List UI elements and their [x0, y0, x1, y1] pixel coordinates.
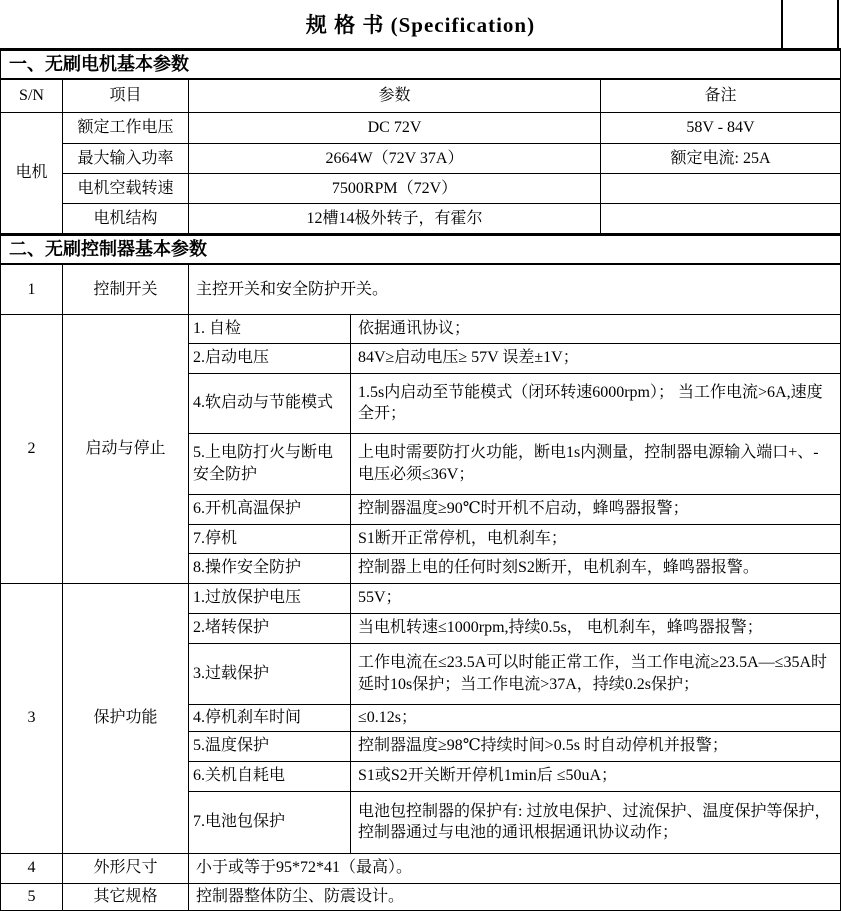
table-row: S/N 项目 参数 备注 — [1, 79, 841, 112]
remark-cell-empty — [601, 173, 841, 203]
item-cell: 启动与停止 — [63, 314, 189, 583]
sn-cell: 2 — [1, 314, 63, 583]
title-row: 规 格 书 (Specification) — [0, 0, 841, 48]
item-cell: 外形尺寸 — [63, 853, 189, 883]
param-cell: 2664W（72V 37A） — [189, 143, 601, 173]
title-divider-line — [781, 0, 783, 48]
spec-table: 一、无刷电机基本参数 S/N 项目 参数 备注 电机 额定工作电压 DC 72V… — [0, 48, 841, 911]
desc-cell: 1.5s内启动至节能模式（闭环转速6000rpm）； 当工作电流>6A,速度全开… — [351, 373, 841, 433]
subitem-cell: 5.温度保护 — [189, 731, 351, 761]
item-cell: 保护功能 — [63, 583, 189, 853]
subitem-cell: 2.堵转保护 — [189, 613, 351, 643]
specification-sheet: 规 格 书 (Specification) 一、无刷电机基本参数 S/N 项目 … — [0, 0, 841, 911]
desc-cell: 控制器温度≥90℃时开机不启动，蜂鸣器报警； — [351, 494, 841, 524]
page-title: 规 格 书 (Specification) — [306, 9, 535, 39]
subitem-cell: 8.操作安全防护 — [189, 553, 351, 583]
header-item: 项目 — [63, 79, 189, 112]
subitem-cell: 4.停机刹车时间 — [189, 704, 351, 731]
table-row: 一、无刷电机基本参数 — [1, 50, 841, 80]
item-cell: 额定工作电压 — [63, 112, 189, 143]
subitem-cell: 4.软启动与节能模式 — [189, 373, 351, 433]
desc-cell: 控制器温度≥98℃持续时间>0.5s 时自动停机并报警； — [351, 731, 841, 761]
table-row: 电机空载转速 7500RPM（72V） — [1, 173, 841, 203]
section2-heading: 二、无刷控制器基本参数 — [1, 234, 841, 264]
title-right-border — [837, 0, 839, 48]
item-cell: 控制开关 — [63, 264, 189, 314]
remark-cell-empty — [601, 203, 841, 234]
desc-cell: 小于或等于95*72*41（最高）。 — [189, 853, 841, 883]
item-cell: 最大输入功率 — [63, 143, 189, 173]
item-cell: 其它规格 — [63, 883, 189, 911]
subitem-cell: 1. 自检 — [189, 314, 351, 343]
header-param: 参数 — [189, 79, 601, 112]
table-row: 2 启动与停止 1. 自检 依据通讯协议； — [1, 314, 841, 343]
table-row: 3 保护功能 1.过放保护电压 55V； — [1, 583, 841, 613]
subitem-cell: 2.启动电压 — [189, 343, 351, 373]
subitem-cell: 3.过载保护 — [189, 643, 351, 704]
section1-heading: 一、无刷电机基本参数 — [1, 50, 841, 80]
table-row: 5 其它规格 控制器整体防尘、防震设计。 — [1, 883, 841, 911]
header-sn: S/N — [1, 79, 63, 112]
remark-cell: 额定电流: 25A — [601, 143, 841, 173]
subitem-cell: 7.停机 — [189, 524, 351, 553]
sn-cell: 5 — [1, 883, 63, 911]
subitem-cell: 6.开机高温保护 — [189, 494, 351, 524]
table-row: 4 外形尺寸 小于或等于95*72*41（最高）。 — [1, 853, 841, 883]
table-row: 最大输入功率 2664W（72V 37A） 额定电流: 25A — [1, 143, 841, 173]
subitem-cell: 6.关机自耗电 — [189, 761, 351, 791]
sn-cell: 3 — [1, 583, 63, 853]
subitem-cell: 5.上电防打火与断电安全防护 — [189, 433, 351, 494]
desc-cell: 工作电流在≤23.5A可以时能正常工作，当工作电流≥23.5A—≤35A时延时1… — [351, 643, 841, 704]
group-label-motor: 电机 — [1, 112, 63, 234]
table-row: 电机 额定工作电压 DC 72V 58V - 84V — [1, 112, 841, 143]
desc-cell: 上电时需要防打火功能，断电1s内测量，控制器电源输入端口+、-电压必须≤36V； — [351, 433, 841, 494]
param-cell: 12槽14极外转子，有霍尔 — [189, 203, 601, 234]
header-remark: 备注 — [601, 79, 841, 112]
desc-cell: 55V； — [351, 583, 841, 613]
item-cell: 电机空载转速 — [63, 173, 189, 203]
sn-cell: 4 — [1, 853, 63, 883]
desc-cell: S1断开正常停机，电机刹车； — [351, 524, 841, 553]
desc-cell: 主控开关和安全防护开关。 — [189, 264, 841, 314]
remark-cell: 58V - 84V — [601, 112, 841, 143]
table-row: 1 控制开关 主控开关和安全防护开关。 — [1, 264, 841, 314]
desc-cell: 控制器整体防尘、防震设计。 — [189, 883, 841, 911]
table-row: 电机结构 12槽14极外转子，有霍尔 — [1, 203, 841, 234]
param-cell: 7500RPM（72V） — [189, 173, 601, 203]
desc-cell: S1或S2开关断开停机1min后 ≤50uA； — [351, 761, 841, 791]
subitem-cell: 7.电池包保护 — [189, 791, 351, 853]
table-row: 二、无刷控制器基本参数 — [1, 234, 841, 264]
desc-cell: ≤0.12s； — [351, 704, 841, 731]
sn-cell: 1 — [1, 264, 63, 314]
subitem-cell: 1.过放保护电压 — [189, 583, 351, 613]
desc-cell: 当电机转速≤1000rpm,持续0.5s， 电机刹车，蜂鸣器报警； — [351, 613, 841, 643]
desc-cell: 控制器上电的任何时刻S2断开，电机刹车，蜂鸣器报警。 — [351, 553, 841, 583]
param-cell: DC 72V — [189, 112, 601, 143]
desc-cell: 电池包控制器的保护有: 过放电保护、过流保护、温度保护等保护，控制器通过与电池的… — [351, 791, 841, 853]
desc-cell: 84V≥启动电压≥ 57V 误差±1V； — [351, 343, 841, 373]
desc-cell: 依据通讯协议； — [351, 314, 841, 343]
item-cell: 电机结构 — [63, 203, 189, 234]
